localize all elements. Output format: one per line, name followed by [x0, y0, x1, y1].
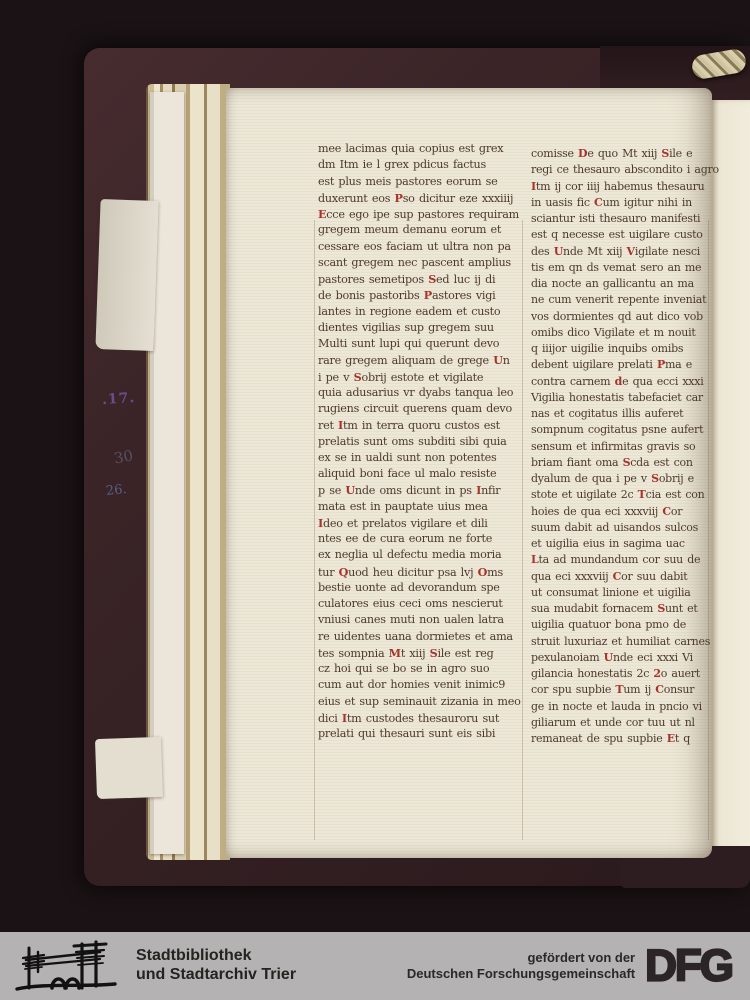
manuscript-line: struit luxuriaz et humiliat carnes — [531, 634, 709, 650]
rubricated-initial: T — [638, 488, 646, 501]
rubricated-initial: S — [651, 472, 659, 485]
manuscript-line: tis em qn ds vemat sero an me — [531, 260, 709, 276]
rubricated-initial: U — [345, 483, 355, 497]
manuscript-line: contra carnem de qua ecci xxxi — [531, 374, 709, 390]
rubricated-initial: U — [493, 353, 503, 367]
rubricated-initial: P — [657, 358, 665, 371]
paper-slip-tab-bottom — [95, 737, 163, 799]
library-name: Stadtbibliothek und Stadtarchiv Trier — [136, 947, 296, 985]
rubricated-initial: C — [655, 683, 664, 696]
manuscript-line: ge in nocte et lauda in pncio vi — [531, 699, 709, 715]
facing-page-edge — [710, 100, 750, 852]
manuscript-line: briam fiant oma Scda est con — [531, 455, 709, 471]
manuscript-line: rare gregem aliquam de grege Un — [318, 352, 522, 368]
manuscript-line: vos dormientes qd aut dico vob — [531, 309, 709, 325]
manuscript-line: bestie uonte ad devorandum spe — [318, 580, 522, 596]
manuscript-line: Multi sunt lupi qui querunt devo — [318, 336, 522, 352]
manuscript-line: uigilia quatuor bona pmo de — [531, 617, 709, 633]
manuscript-line: de bonis pastoribs Pastores vigi — [318, 287, 522, 303]
manuscript-line: tur Quod heu dicitur psa lvj Oms — [318, 564, 522, 580]
manuscript-line: prelatis sunt oms subditi sibi quia — [318, 434, 522, 450]
manuscript-line: suum dabit ad uisandos sulcos — [531, 520, 709, 536]
manuscript-line: dia nocte an gallicantu an ma — [531, 276, 709, 292]
manuscript-line: gilancia honestatis 2c 2o auert — [531, 666, 709, 682]
manuscript-line: debent uigilare prelati Pma e — [531, 357, 709, 373]
rubricated-initial: M — [389, 646, 401, 660]
rubricated-initial: S — [661, 147, 669, 160]
manuscript-line: qua eci xxxviij Cor suu dabit — [531, 569, 709, 585]
rubricated-initial: U — [554, 245, 563, 258]
funding-credit: gefördert von der Deutschen Forschungsge… — [407, 950, 635, 981]
rubricated-initial: P — [424, 288, 432, 302]
manuscript-line: i pe v Sobrij estote et vigilate — [318, 369, 522, 385]
manuscript-line: Vigilia honestatis tabefaciet car — [531, 390, 709, 406]
rubricated-initial: C — [662, 505, 671, 518]
manuscript-line: lantes in regione eadem et custo — [318, 304, 522, 320]
manuscript-line: p se Unde oms dicunt in ps Infir — [318, 482, 522, 498]
porta-nigra-logo-icon — [14, 938, 118, 994]
manuscript-text-column-left: mee lacimas quia copius est grexdm Itm i… — [318, 141, 522, 742]
ruling-line-middle — [522, 220, 523, 840]
rubricated-initial: C — [613, 570, 622, 583]
manuscript-line: Ideo et prelatos vigilare et dili — [318, 515, 522, 531]
manuscript-line: prelati qui thesauri sunt eis sibi — [318, 726, 522, 742]
manuscript-line: ut consumat linione et uigilia — [531, 585, 709, 601]
paper-slip-tab-top — [95, 199, 158, 351]
rubricated-initial: 2 — [653, 667, 660, 680]
rubricated-initial: S — [657, 602, 665, 615]
manuscript-line: tes sompnia Mt xiij Sile est reg — [318, 645, 522, 661]
manuscript-line: nas et cogitatus illis auferet — [531, 406, 709, 422]
manuscript-line: re uidentes uana dormietes et ama — [318, 629, 522, 645]
digitization-footer-banner: Stadtbibliothek und Stadtarchiv Trier ge… — [0, 932, 750, 1000]
manuscript-line: Ecce ego ipe sup pastores requiram — [318, 206, 522, 222]
manuscript-scan-viewer: mee lacimas quia copius est grexdm Itm i… — [0, 0, 750, 1000]
rubricated-initial: D — [578, 147, 587, 160]
manuscript-line: in uasis fic Cum igitur nihi in — [531, 195, 709, 211]
manuscript-line: giliarum et unde cor tuu ut nl — [531, 715, 709, 731]
library-branding: Stadtbibliothek und Stadtarchiv Trier — [0, 938, 407, 994]
pencil-note-bottom: 26. — [105, 482, 127, 499]
rubricated-initial: C — [594, 196, 603, 209]
manuscript-line: pexulanoiam Unde eci xxxi Vi — [531, 650, 709, 666]
manuscript-line: scant gregem nec pascent amplius — [318, 255, 522, 271]
manuscript-line: sompnum cogitatus psne aufert — [531, 422, 709, 438]
dfg-logo: DFG — [645, 944, 732, 989]
manuscript-line: remaneat de spu supbie Et q — [531, 731, 709, 747]
funding-credit-line2: Deutschen Forschungsgemeinschaft — [407, 966, 635, 982]
manuscript-line: regi ce thesauro abscondito i agro — [531, 162, 709, 178]
manuscript-line: Lta ad mundandum cor suu de — [531, 552, 709, 568]
manuscript-line: omibs dico Vigilate et m nouit — [531, 325, 709, 341]
rubricated-initial: V — [627, 245, 635, 258]
rubricated-initial: E — [667, 732, 675, 745]
manuscript-line: dientes vigilias sup gregem suu — [318, 320, 522, 336]
manuscript-line: ntes ee de cura eorum ne forte — [318, 531, 522, 547]
manuscript-line: dyalum de qua i pe v Sobrij e — [531, 471, 709, 487]
manuscript-line: cum aut dor homies venit inimic9 — [318, 677, 522, 693]
manuscript-line: stote et uigilate 2c Tcia est con — [531, 487, 709, 503]
manuscript-line: quia adusarius vr dyabs tanqua leo — [318, 385, 522, 401]
manuscript-line: sensum et infirmitas gravis so — [531, 439, 709, 455]
rubricated-initial: Q — [339, 565, 349, 579]
manuscript-line: cor spu supbie Tum ij Consur — [531, 682, 709, 698]
manuscript-line: Itm ij cor iiij habemus thesauru — [531, 179, 709, 195]
library-name-line1: Stadtbibliothek — [136, 947, 296, 966]
manuscript-line: duxerunt eos Pso dicitur eze xxxiiij — [318, 190, 522, 206]
manuscript-line: ex se in ualdi sunt non potentes — [318, 450, 522, 466]
manuscript-line: cz hoi qui se bo se in agro suo — [318, 661, 522, 677]
manuscript-line: sciantur isti thesauro manifesti — [531, 211, 709, 227]
rubricated-initial: O — [478, 565, 488, 579]
manuscript-line: q iiijor uigilie inquibs omibs — [531, 341, 709, 357]
rubricated-initial: P — [395, 191, 403, 205]
manuscript-line: culatores eius ceci oms nescierut — [318, 596, 522, 612]
manuscript-line: hoies de qua eci xxxviij Cor — [531, 504, 709, 520]
manuscript-line: dici Itm custodes thesauroru sut — [318, 710, 522, 726]
manuscript-line: est plus meis pastores eorum se — [318, 174, 522, 190]
manuscript-line: aliquid boni face ul malo resiste — [318, 466, 522, 482]
manuscript-line: comisse De quo Mt xiij Sile e — [531, 146, 709, 162]
manuscript-text-column-right: comisse De quo Mt xiij Sile eregi ce the… — [531, 146, 709, 747]
manuscript-line: ex neglia ul defectu media moria — [318, 547, 522, 563]
manuscript-line: est q necesse est uigilare custo — [531, 227, 709, 243]
manuscript-line: pastores semetipos Sed luc ij di — [318, 271, 522, 287]
manuscript-line: mata est in pauptate uius mea — [318, 499, 522, 515]
manuscript-line: sua mudabit fornacem Sunt et — [531, 601, 709, 617]
rubricated-initial: d — [615, 375, 622, 388]
manuscript-line: ne cum venerit repente inveniat — [531, 292, 709, 308]
rubricated-initial: S — [428, 272, 436, 286]
manuscript-line: cessare eos faciam ut ultra non pa — [318, 239, 522, 255]
manuscript-line: vniusi canes muti non ualen latra — [318, 612, 522, 628]
manuscript-line: mee lacimas quia copius est grex — [318, 141, 522, 157]
manuscript-line: gregem meum demanu eorum et — [318, 222, 522, 238]
funding-credit-line1: gefördert von der — [407, 950, 635, 966]
manuscript-line: et uigilia eius in sagima uac — [531, 536, 709, 552]
manuscript-line: eius et sup seminauit zizania in meo — [318, 694, 522, 710]
ruling-line-left — [314, 220, 315, 840]
rubricated-initial: U — [604, 651, 613, 664]
manuscript-line: des Unde Mt xiij Vigilate nesci — [531, 244, 709, 260]
shelfmark-note-ink: .17. — [101, 390, 135, 408]
manuscript-line: dm Itm ie l grex pdicus factus — [318, 157, 522, 173]
pencil-note-top: 30 — [113, 446, 135, 467]
manuscript-line: ret Itm in terra quoru custos est — [318, 417, 522, 433]
manuscript-line: rugiens circuit querens quam devo — [318, 401, 522, 417]
library-name-line2: und Stadtarchiv Trier — [136, 966, 296, 985]
funding-branding: gefördert von der Deutschen Forschungsge… — [407, 944, 750, 988]
